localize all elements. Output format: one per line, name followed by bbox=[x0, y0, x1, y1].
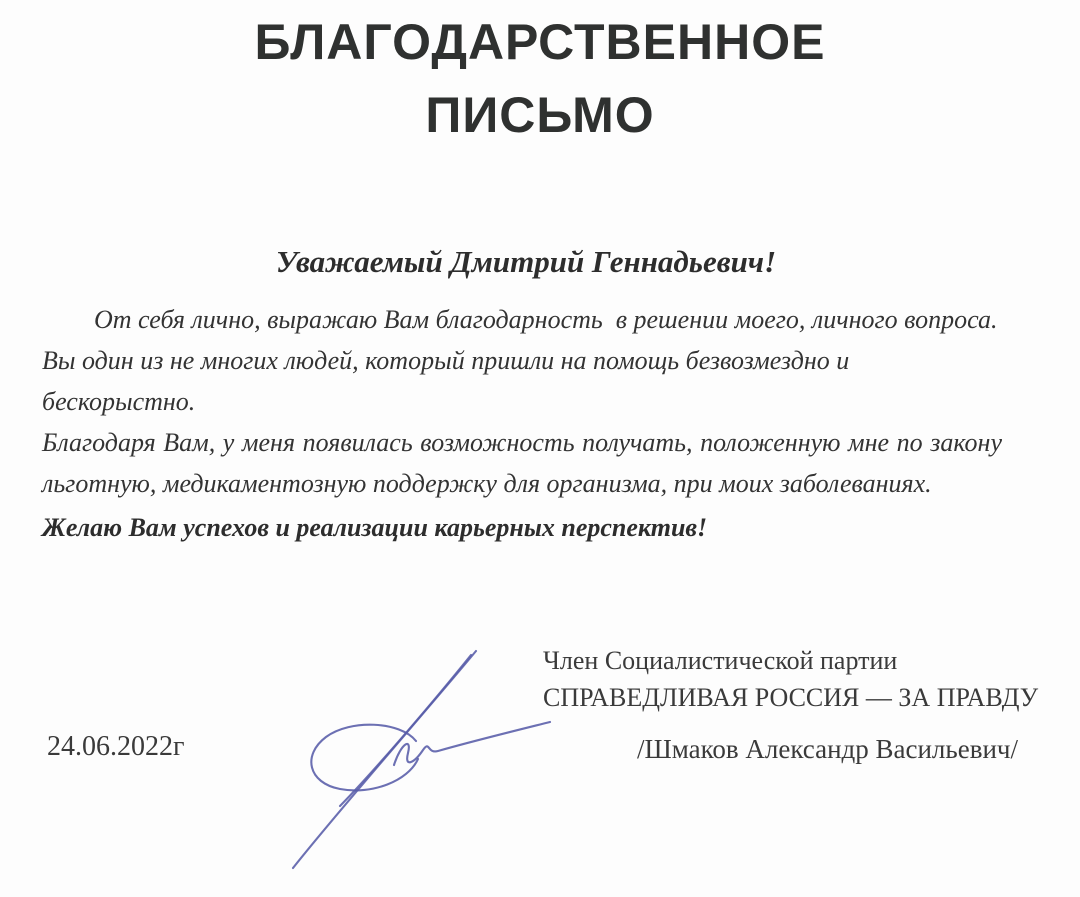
letter-body: От себя лично, выражаю Вам благодарность… bbox=[42, 299, 1002, 504]
salutation: Уважаемый Дмитрий Геннадьевич! bbox=[0, 244, 1052, 280]
signature-downstroke bbox=[340, 655, 471, 806]
paragraph-1: От себя лично, выражаю Вам благодарность… bbox=[42, 299, 1002, 340]
affiliation-block: Член Социалистической партии СПРАВЕДЛИВА… bbox=[543, 642, 1038, 716]
letter-date: 24.06.2022г bbox=[47, 731, 184, 763]
document-title: БЛАГОДАРСТВЕННОЕ ПИСЬМО bbox=[0, 6, 1080, 152]
closing-wish: Желаю Вам успехов и реализации карьерных… bbox=[42, 513, 707, 543]
document-title-line2: ПИСЬМО bbox=[0, 79, 1080, 152]
handwritten-signature-icon bbox=[278, 633, 563, 888]
signer-name: /Шмаков Александр Васильевич/ bbox=[637, 734, 1018, 765]
paragraph-3-line-2: льготную, медикаментозную поддержку для … bbox=[42, 463, 1002, 504]
affiliation-line2: СПРАВЕДЛИВАЯ РОССИЯ — ЗА ПРАВДУ bbox=[543, 679, 1038, 716]
paragraph-2: Вы один из не многих людей, который приш… bbox=[42, 340, 1002, 422]
paragraph-3-line-1: Благодаря Вам, у меня появилась возможно… bbox=[42, 422, 1002, 463]
signature-tail bbox=[394, 722, 550, 765]
letter-page: БЛАГОДАРСТВЕННОЕ ПИСЬМО Уважаемый Дмитри… bbox=[0, 0, 1080, 897]
document-title-line1: БЛАГОДАРСТВЕННОЕ bbox=[0, 6, 1080, 79]
affiliation-line1: Член Социалистической партии bbox=[543, 642, 1038, 679]
